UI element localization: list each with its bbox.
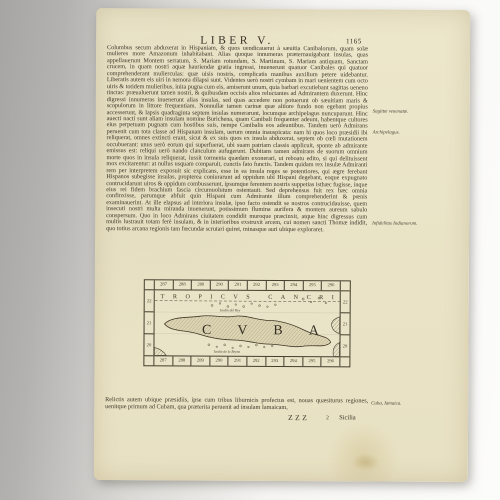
map-latitude-scale-right: 222120 — [339, 291, 349, 356]
east-coast — [332, 317, 340, 334]
longitude-tick: 289 — [191, 281, 210, 290]
longitude-tick: 294 — [284, 281, 303, 290]
longitude-tick: 294 — [284, 357, 303, 366]
longitude-tick: 293 — [265, 281, 284, 290]
photo-backdrop: LIBER V. 1165 Columbus secum abduxerat i… — [0, 0, 500, 500]
margin-note-infidelitas: Infidelitas Indianorum. — [372, 221, 428, 227]
longitude-tick: 287 — [154, 280, 173, 289]
catchword: Sicilia — [339, 414, 356, 421]
cuba-map: 287288289290291292293294295296 222120 — [143, 279, 350, 367]
page-number: 1165 — [346, 37, 362, 45]
paper-stain — [352, 453, 380, 471]
map-corner — [144, 356, 153, 365]
map-corner — [339, 357, 349, 366]
tropic-label: TROPICVS CANCRI — [161, 294, 334, 301]
book-page: LIBER V. 1165 Columbus secum abduxerat i… — [94, 8, 470, 482]
tropic-of-cancer-line — [155, 301, 340, 302]
body-text: Columbus secum abduxerat in Hispaniam, &… — [106, 45, 368, 234]
longitude-tick: 289 — [191, 357, 210, 366]
southeast-coast — [333, 342, 339, 356]
longitude-tick: 287 — [153, 356, 172, 365]
jardin-de-la-reyna-islets — [208, 344, 273, 349]
map-drawing: TROPICVS CANCRI — [154, 290, 339, 356]
longitude-tick: 293 — [265, 357, 284, 366]
margin-note-archipelagus: Archipelagus. — [373, 130, 429, 136]
latitude-gridline — [155, 312, 340, 313]
longitude-tick: 288 — [172, 356, 191, 365]
latitude-tick: 21 — [341, 313, 350, 335]
southwest-coast — [154, 347, 166, 355]
gathering-signature: ZZZ — [288, 413, 309, 422]
map-canvas: TROPICVS CANCRI — [154, 290, 339, 356]
latitude-tick: 20 — [340, 335, 349, 356]
margin-note-cuba-iamaica: Cuba, Iamaica. — [371, 401, 427, 407]
latitude-tick: 22 — [341, 291, 350, 313]
latitude-tick: 21 — [145, 312, 154, 334]
jardin-de-la-reyna-label: Iardin de la Reyna — [213, 350, 241, 354]
longitude-tick: 296 — [321, 281, 340, 290]
signature-number: 2 — [326, 415, 329, 421]
map-longitude-scale-bottom: 287288289290291292293294295296 — [144, 355, 349, 366]
longitude-tick: 291 — [228, 357, 247, 366]
longitude-tick: 290 — [209, 357, 228, 366]
jardin-del-rey-label: Iardin del Rey — [219, 308, 241, 312]
cuba-island-hatch — [164, 315, 330, 347]
map-corner — [340, 281, 350, 290]
longitude-tick: 292 — [246, 357, 265, 366]
latitude-tick: 20 — [144, 334, 153, 355]
signature-line: ZZZ 2 Sicilia — [105, 412, 405, 424]
map-caption-text: Relictis autem ubique præsidiis, ipse cu… — [105, 397, 368, 412]
longitude-tick: 295 — [303, 281, 322, 290]
longitude-tick: 291 — [228, 281, 247, 290]
latitude-tick: 22 — [145, 290, 154, 312]
margin-note-sagittae: Sagittæ venenatæ. — [373, 109, 429, 115]
map-latitude-scale-left: 222120 — [144, 290, 154, 355]
jardin-del-rey-islets — [211, 303, 276, 308]
longitude-tick: 295 — [302, 357, 321, 366]
map-body: 222120 TROPICVS CANCRI — [144, 290, 349, 356]
map-corner — [145, 280, 154, 289]
longitude-tick: 292 — [247, 281, 266, 290]
longitude-tick: 296 — [321, 357, 340, 366]
longitude-tick: 288 — [172, 280, 191, 289]
longitude-tick: 290 — [210, 281, 229, 290]
